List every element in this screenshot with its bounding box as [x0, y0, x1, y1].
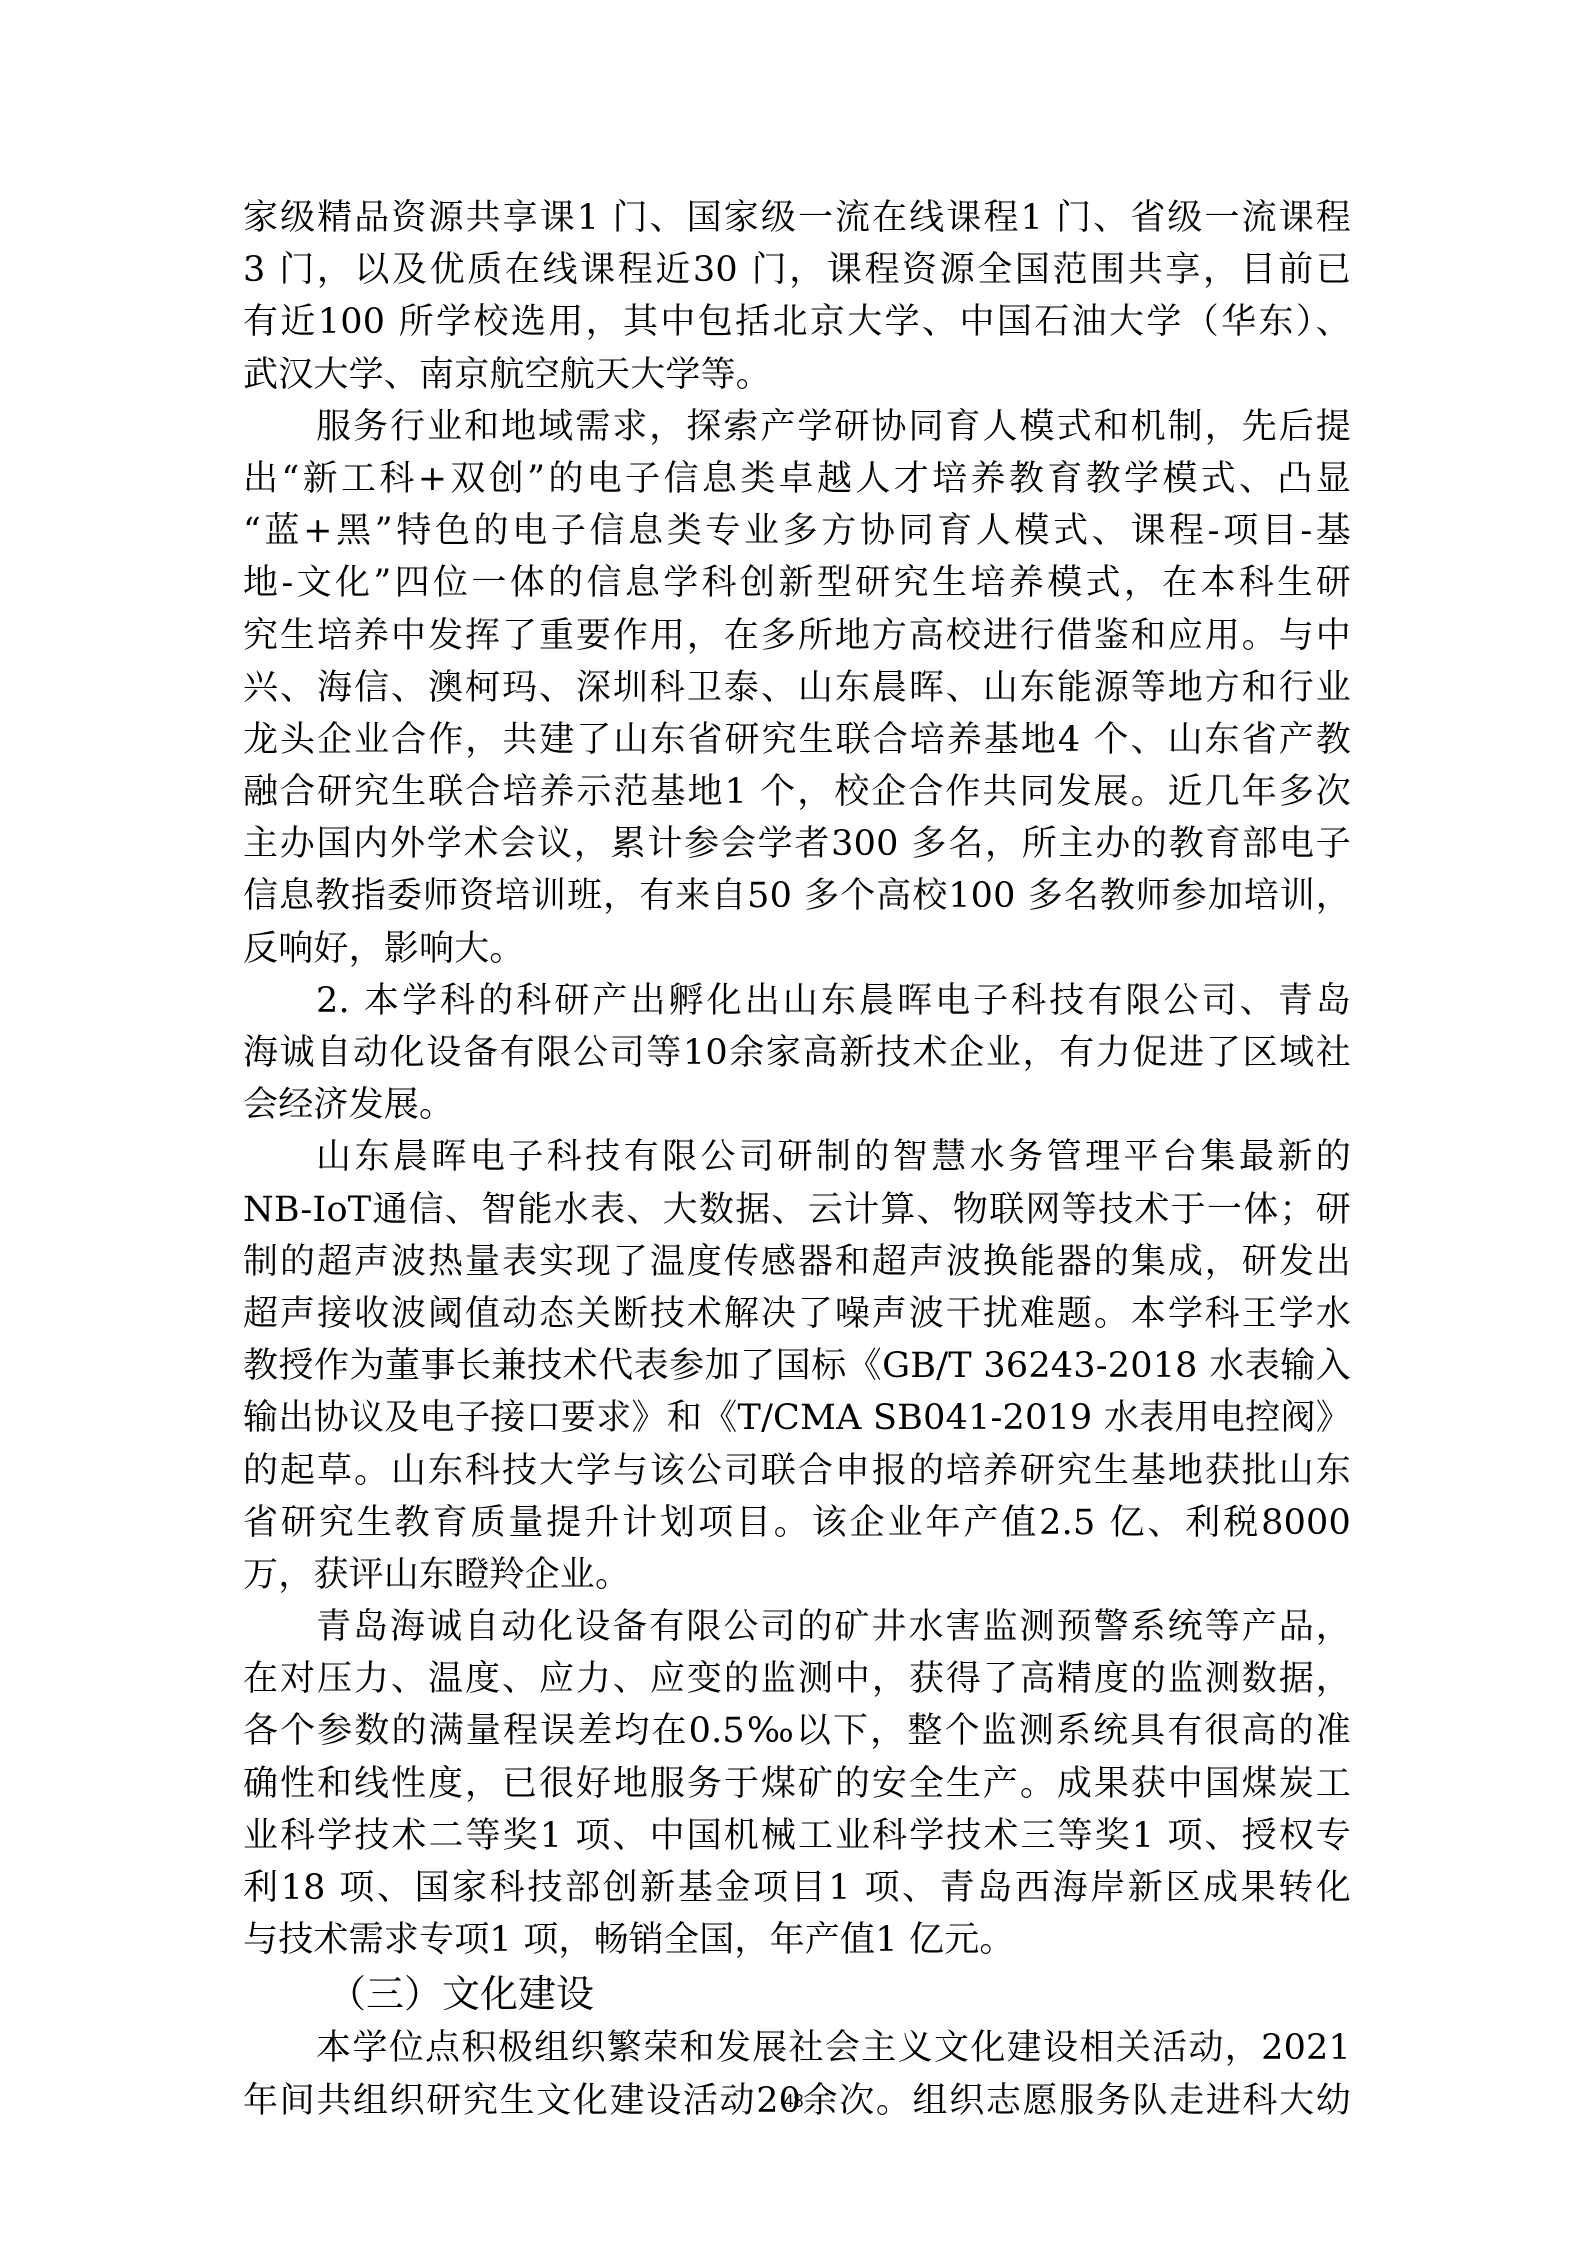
text-line: 与技术需求专项1 项，畅销全国，年产值1 亿元。 — [243, 1914, 1351, 1966]
text-line: 2. 本学科的科研产出孵化出山东晨晖电子科技有限公司、青岛 — [243, 975, 1351, 1027]
page-number: 48 — [0, 2091, 1587, 2112]
paragraph-courses: 家级精品资源共享课1 门、国家级一流在线课程1 门、省级一流课程 3 门，以及优… — [243, 192, 1351, 401]
text-line: 利18 项、国家科技部创新基金项目1 项、青岛西海岸新区成果转化 — [243, 1862, 1351, 1914]
paragraph-chenhui: 山东晨晖电子科技有限公司研制的智慧水务管理平台集最新的 NB-IoT通信、智能水… — [243, 1131, 1351, 1601]
text-line: 究生培养中发挥了重要作用，在多所地方高校进行借鉴和应用。与中 — [243, 610, 1351, 662]
paragraph-item-2: 2. 本学科的科研产出孵化出山东晨晖电子科技有限公司、青岛 海诚自动化设备有限公… — [243, 975, 1351, 1132]
text-line: 业科学技术二等奖1 项、中国机械工业科学技术三等奖1 项、授权专 — [243, 1810, 1351, 1862]
text-line: 出“新工科+双创”的电子信息类卓越人才培养教育教学模式、凸显 — [243, 453, 1351, 505]
text-line: NB-IoT通信、智能水表、大数据、云计算、物联网等技术于一体；研 — [243, 1184, 1351, 1236]
section-heading: （三）文化建设 — [243, 1966, 1351, 2022]
text-line: 3 门，以及优质在线课程近30 门，课程资源全国范围共享，目前已 — [243, 244, 1351, 296]
text-line: 会经济发展。 — [243, 1079, 1351, 1131]
text-line: 山东晨晖电子科技有限公司研制的智慧水务管理平台集最新的 — [243, 1131, 1351, 1183]
text-line: 青岛海诚自动化设备有限公司的矿井水害监测预警系统等产品， — [243, 1601, 1351, 1653]
paragraph-industry-cooperation: 服务行业和地域需求，探索产学研协同育人模式和机制，先后提 出“新工科+双创”的电… — [243, 401, 1351, 975]
text-line: 各个参数的满量程误差均在0.5‰以下，整个监测系统具有很高的准 — [243, 1705, 1351, 1757]
text-line: 超声接收波阈值动态关断技术解决了噪声波干扰难题。本学科王学水 — [243, 1288, 1351, 1340]
text-line: 万，获评山东瞪羚企业。 — [243, 1549, 1351, 1601]
text-line: 教授作为董事长兼技术代表参加了国标《GB/T 36243-2018 水表输入 — [243, 1340, 1351, 1392]
text-line: 确性和线性度，已很好地服务于煤矿的安全生产。成果获中国煤炭工 — [243, 1758, 1351, 1810]
text-line: 主办国内外学术会议，累计参会学者300 多名，所主办的教育部电子 — [243, 818, 1351, 870]
text-line: 有近100 所学校选用，其中包括北京大学、中国石油大学（华东）、 — [243, 296, 1351, 348]
text-line: 信息教指委师资培训班，有来自50 多个高校100 多名教师参加培训， — [243, 870, 1351, 922]
document-page: 家级精品资源共享课1 门、国家级一流在线课程1 门、省级一流课程 3 门，以及优… — [243, 192, 1351, 2127]
text-line: 家级精品资源共享课1 门、国家级一流在线课程1 门、省级一流课程 — [243, 192, 1351, 244]
text-line: 本学位点积极组织繁荣和发展社会主义文化建设相关活动，2021 — [243, 2022, 1351, 2074]
paragraph-haicheng: 青岛海诚自动化设备有限公司的矿井水害监测预警系统等产品， 在对压力、温度、应力、… — [243, 1601, 1351, 1966]
text-line: 省研究生教育质量提升计划项目。该企业年产值2.5 亿、利税8000 — [243, 1497, 1351, 1549]
text-line: 反响好，影响大。 — [243, 923, 1351, 975]
text-line: 输出协议及电子接口要求》和《T/CMA SB041-2019 水表用电控阀》 — [243, 1392, 1351, 1444]
text-line: “蓝+黑”特色的电子信息类专业多方协同育人模式、课程-项目-基 — [243, 505, 1351, 557]
text-line: 武汉大学、南京航空航天大学等。 — [243, 349, 1351, 401]
text-line: 兴、海信、澳柯玛、深圳科卫泰、山东晨晖、山东能源等地方和行业 — [243, 662, 1351, 714]
text-line: 龙头企业合作，共建了山东省研究生联合培养基地4 个、山东省产教 — [243, 714, 1351, 766]
text-line: 海诚自动化设备有限公司等10余家高新技术企业，有力促进了区域社 — [243, 1027, 1351, 1079]
text-line: 地-文化”四位一体的信息学科创新型研究生培养模式，在本科生研 — [243, 557, 1351, 609]
text-line: 制的超声波热量表实现了温度传感器和超声波换能器的集成，研发出 — [243, 1236, 1351, 1288]
text-line: 融合研究生联合培养示范基地1 个，校企合作共同发展。近几年多次 — [243, 766, 1351, 818]
text-line: 服务行业和地域需求，探索产学研协同育人模式和机制，先后提 — [243, 401, 1351, 453]
text-line: 的起草。山东科技大学与该公司联合申报的培养研究生基地获批山东 — [243, 1445, 1351, 1497]
text-line: 在对压力、温度、应力、应变的监测中，获得了高精度的监测数据， — [243, 1653, 1351, 1705]
